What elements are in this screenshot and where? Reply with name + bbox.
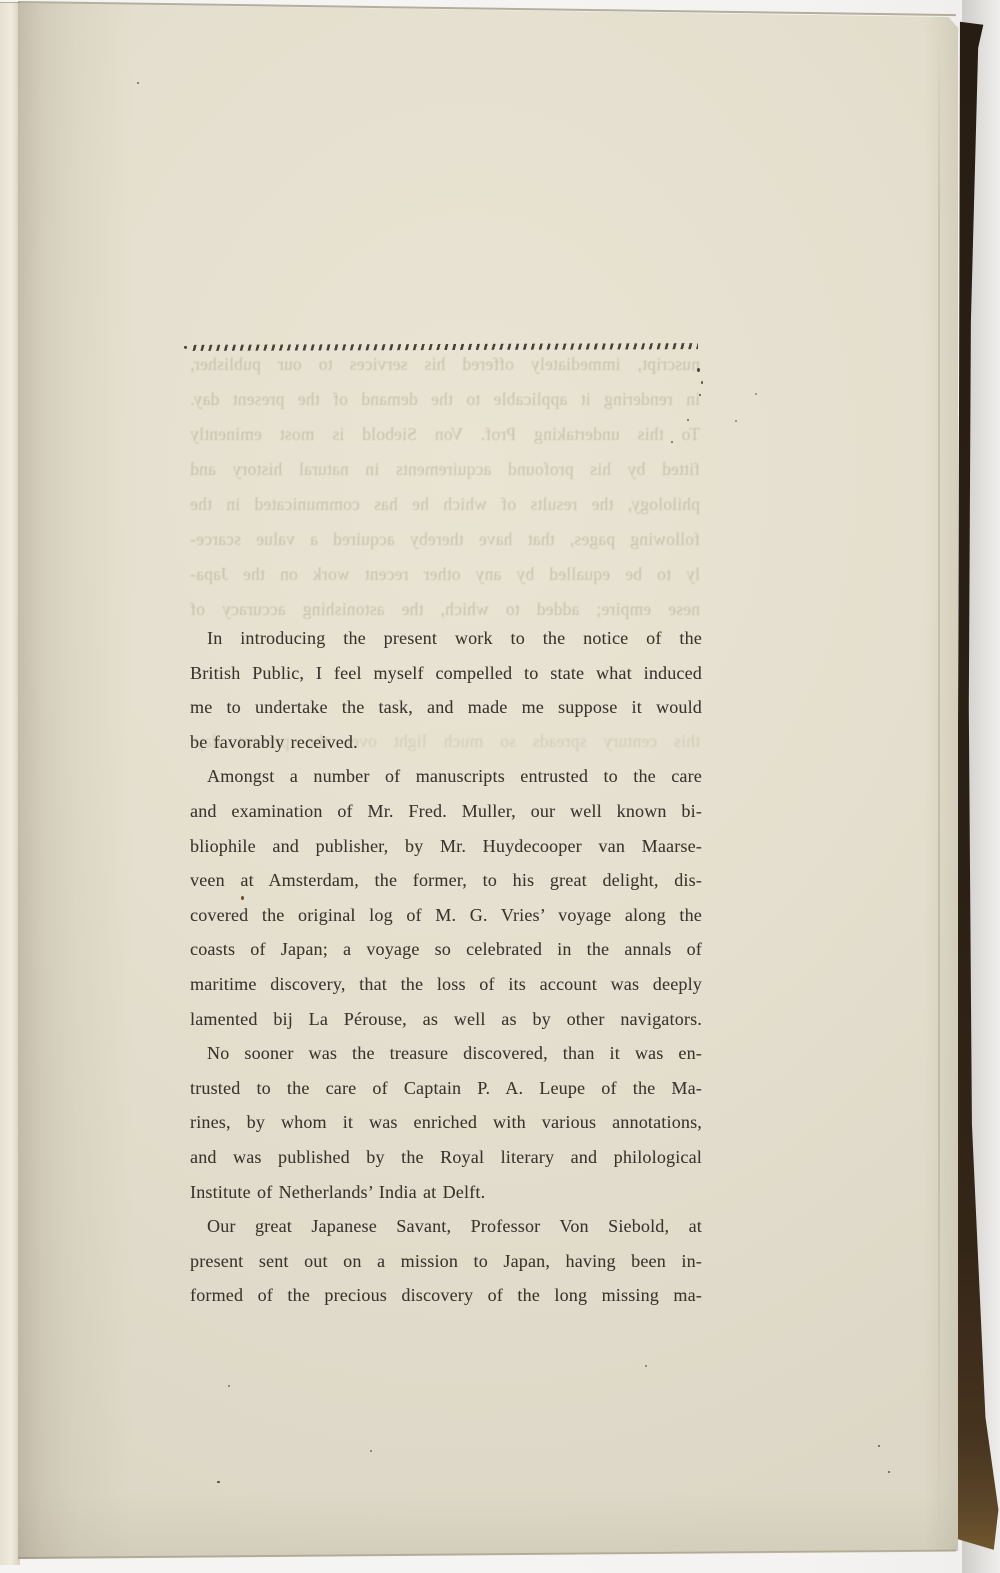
text-line: bliophile and publisher, by Mr. Huydecoo… bbox=[190, 829, 702, 864]
text-line: veen at Amsterdam, the former, to his gr… bbox=[190, 863, 702, 898]
text-line: British Public, I feel myself compelled … bbox=[190, 656, 702, 691]
dust-speck bbox=[701, 381, 703, 384]
ghost-line: philology, the results of which he has c… bbox=[190, 487, 700, 522]
ghost-line: in rendering it applicable to the demand… bbox=[190, 382, 700, 417]
showthrough-text: nuscript, immediately offered his servic… bbox=[190, 347, 700, 627]
text-line: trusted to the care of Captain P. A. Leu… bbox=[190, 1071, 702, 1106]
ghost-line: nuscript, immediately offered his servic… bbox=[190, 347, 700, 382]
page-text: In introducing the present work to the n… bbox=[190, 621, 702, 1313]
page-crease bbox=[938, 40, 940, 1540]
dust-speck bbox=[370, 1450, 372, 1452]
dust-speck bbox=[217, 1481, 220, 1483]
text-line: lamented bij La Pérouse, as well as by o… bbox=[190, 1002, 702, 1037]
dust-speck bbox=[888, 1471, 890, 1473]
text-line: formed of the precious discovery of the … bbox=[190, 1278, 702, 1313]
facing-page-edge bbox=[0, 2, 20, 1565]
text-line: me to undertake the task, and made me su… bbox=[190, 690, 702, 725]
book-photo: nuscript, immediately offered his servic… bbox=[0, 0, 1000, 1573]
dust-speck bbox=[645, 1365, 647, 1367]
dust-speck bbox=[671, 441, 673, 443]
paragraph: In introducing the present work to the n… bbox=[190, 621, 702, 759]
ghost-line: following pages, that have thereby acqui… bbox=[190, 522, 700, 557]
text-line: and examination of Mr. Fred. Muller, our… bbox=[190, 794, 702, 829]
dust-speck bbox=[228, 1385, 230, 1387]
dust-speck bbox=[137, 82, 139, 84]
ghost-line: To this undertaking Prof. Von Siebold is… bbox=[190, 417, 700, 452]
text-line: rines, by whom it was enriched with vari… bbox=[190, 1105, 702, 1140]
text-line: and was published by the Royal literary … bbox=[190, 1140, 702, 1175]
ghost-line: fitted by his profound acquirements in n… bbox=[190, 452, 700, 487]
paragraph: Amongst a number of manuscripts entruste… bbox=[190, 759, 702, 1036]
text-line: No sooner was the treasure discovered, t… bbox=[190, 1036, 702, 1071]
dust-speck bbox=[878, 1445, 880, 1447]
text-line: Our great Japanese Savant, Professor Von… bbox=[190, 1209, 702, 1244]
dust-speck bbox=[687, 419, 689, 421]
ghost-line: ly to be equalled by any other recent wo… bbox=[190, 557, 700, 592]
dust-speck bbox=[755, 393, 757, 395]
paragraph: No sooner was the treasure discovered, t… bbox=[190, 1036, 702, 1209]
text-line: present sent out on a mission to Japan, … bbox=[190, 1244, 702, 1279]
text-line: Institute of Netherlands’ India at Delft… bbox=[190, 1175, 702, 1210]
text-line: maritime discovery, that the loss of its… bbox=[190, 967, 702, 1002]
dust-speck bbox=[735, 420, 737, 422]
text-line: covered the original log of M. G. Vries’… bbox=[190, 898, 702, 933]
text-line: In introducing the present work to the n… bbox=[190, 621, 702, 656]
paragraph: Our great Japanese Savant, Professor Von… bbox=[190, 1209, 702, 1313]
text-line: Amongst a number of manuscripts entruste… bbox=[190, 759, 702, 794]
dust-speck bbox=[241, 896, 244, 900]
dust-speck bbox=[697, 368, 700, 372]
text-line: be favorably received. bbox=[190, 725, 702, 760]
dust-speck bbox=[699, 394, 701, 396]
text-line: coasts of Japan; a voyage so celebrated … bbox=[190, 932, 702, 967]
